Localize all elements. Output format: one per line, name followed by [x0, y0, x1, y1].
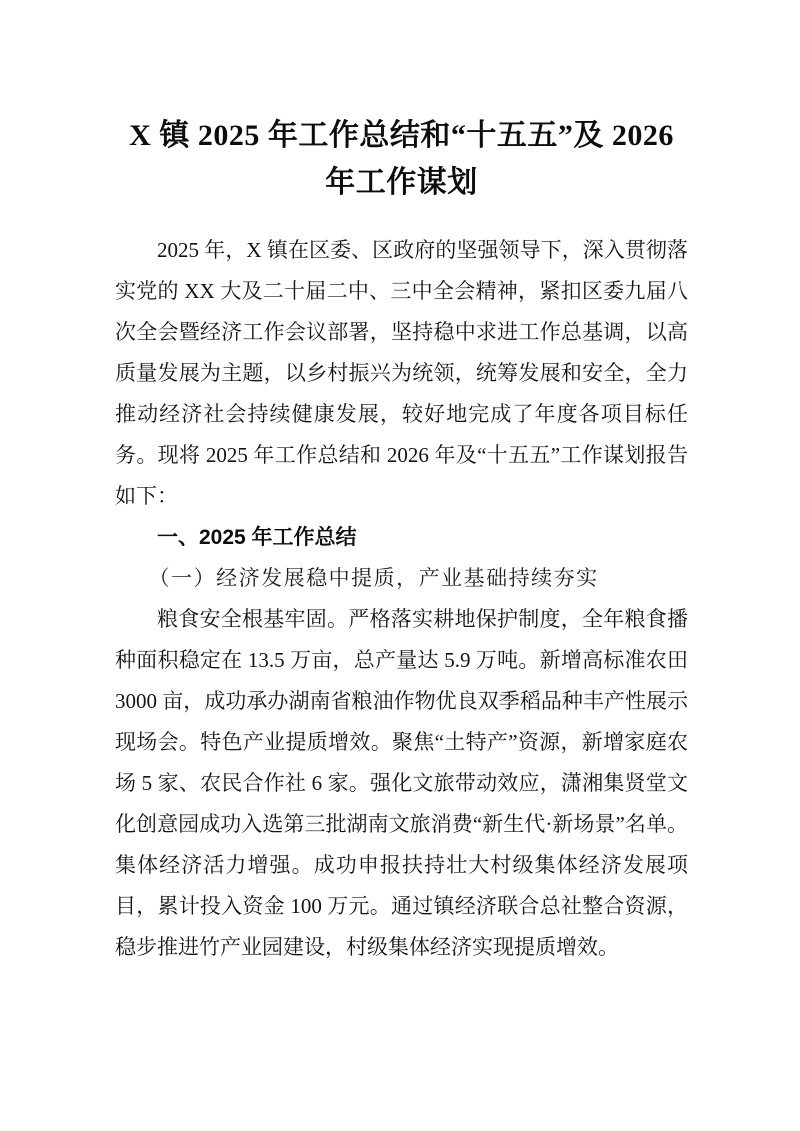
subsection-heading-economy: （一）经济发展稳中提质，产业基础持续夯实: [115, 558, 688, 599]
section-heading-2025-summary: 一、2025 年工作总结: [115, 517, 688, 558]
intro-paragraph: 2025 年，X 镇在区委、区政府的坚强领导下，深入贯彻落实党的 XX 大及二十…: [115, 230, 688, 517]
body-paragraph-grain-economy: 粮食安全根基牢固。严格落实耕地保护制度，全年粮食播种面积稳定在 13.5 万亩，…: [115, 599, 688, 968]
document-page: X 镇 2025 年工作总结和“十五五”及 2026 年工作谋划 2025 年，…: [0, 0, 800, 1131]
document-title: X 镇 2025 年工作总结和“十五五”及 2026 年工作谋划: [115, 112, 688, 206]
